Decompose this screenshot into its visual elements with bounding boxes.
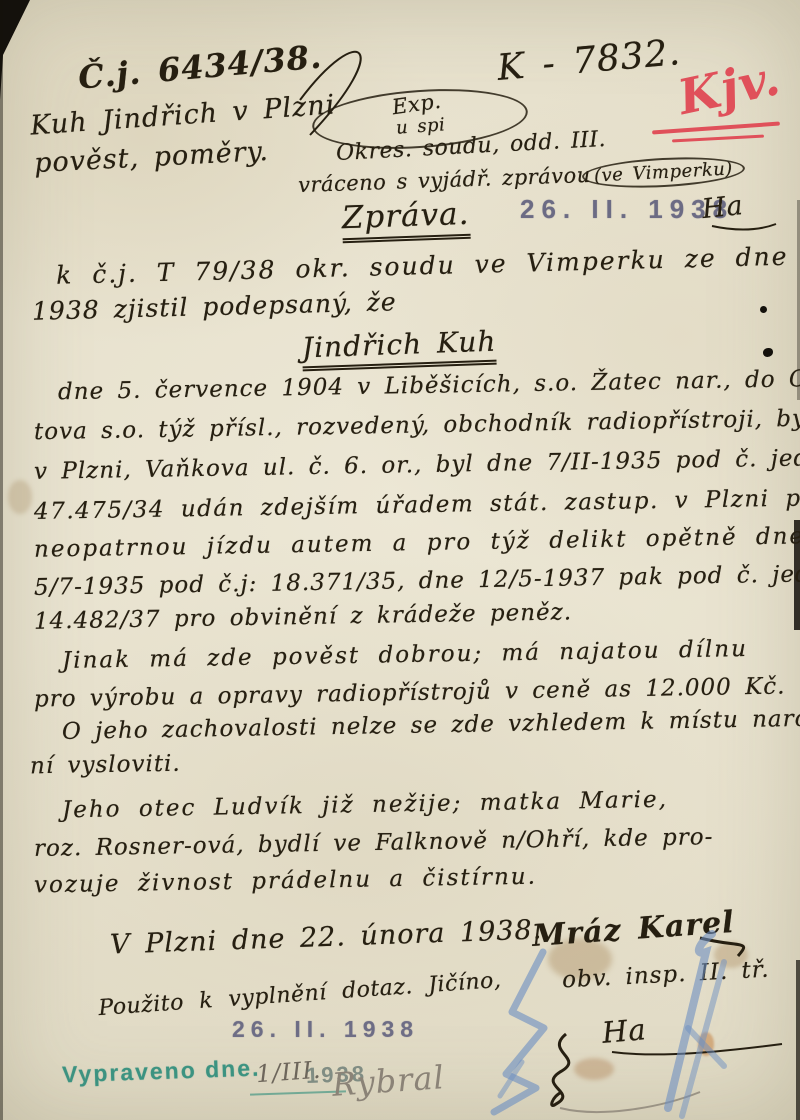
pencil-signature: Rybral: [331, 1058, 446, 1104]
blue-pencil-scribble-right: [0, 0, 800, 1120]
scanned-document-page: Č.j. 6434/38. Kuh Jindřich v Plzni pověs…: [0, 0, 800, 1120]
